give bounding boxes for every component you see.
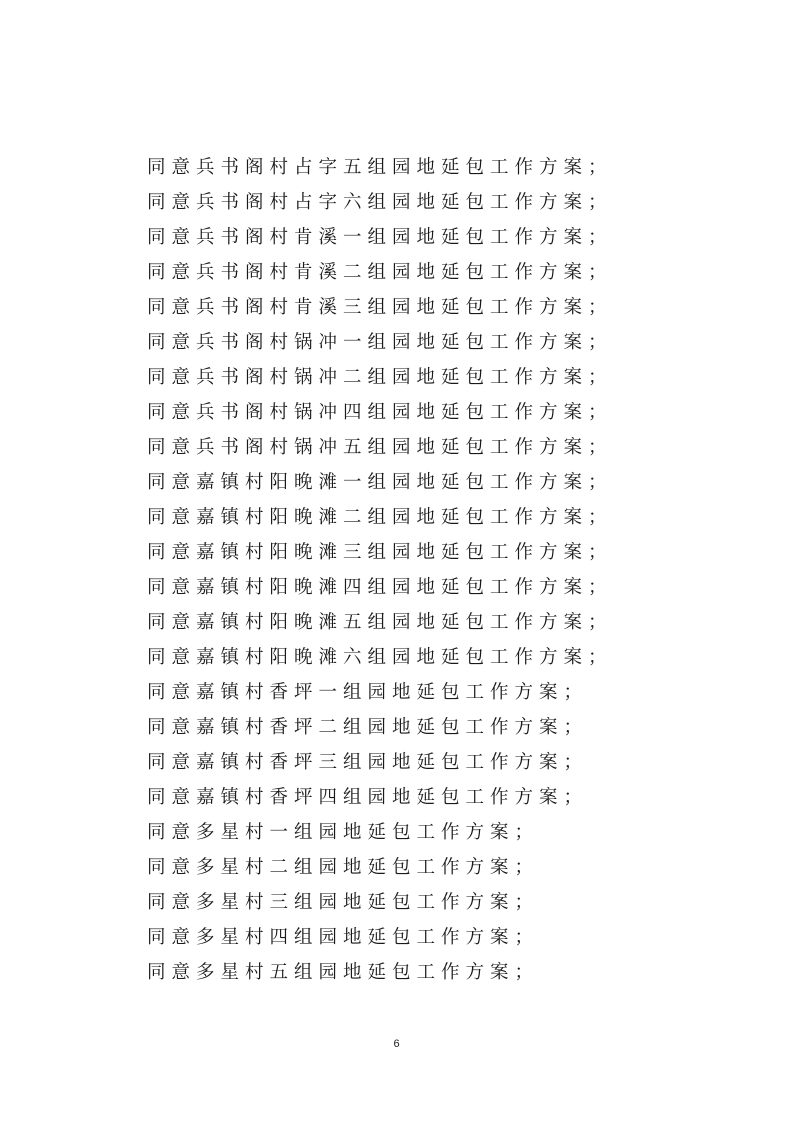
list-item: 同意兵书阁村锅冲五组园地延包工作方案； — [147, 430, 613, 465]
list-item: 同意多星村二组园地延包工作方案； — [147, 850, 613, 885]
list-item: 同意嘉镇村阳晚滩二组园地延包工作方案； — [147, 500, 613, 535]
list-item: 同意多星村三组园地延包工作方案； — [147, 885, 613, 920]
list-item: 同意多星村四组园地延包工作方案； — [147, 920, 613, 955]
list-item: 同意嘉镇村香坪三组园地延包工作方案； — [147, 745, 613, 780]
approval-list: 同意兵书阁村占字五组园地延包工作方案； 同意兵书阁村占字六组园地延包工作方案； … — [147, 150, 613, 990]
list-item: 同意兵书阁村锅冲四组园地延包工作方案； — [147, 395, 613, 430]
list-item: 同意嘉镇村阳晚滩五组园地延包工作方案； — [147, 605, 613, 640]
list-item: 同意兵书阁村肯溪二组园地延包工作方案； — [147, 255, 613, 290]
list-item: 同意多星村一组园地延包工作方案； — [147, 815, 613, 850]
list-item: 同意嘉镇村阳晚滩四组园地延包工作方案； — [147, 570, 613, 605]
page-number: 6 — [0, 1038, 793, 1050]
list-item: 同意嘉镇村香坪二组园地延包工作方案； — [147, 710, 613, 745]
list-item: 同意多星村五组园地延包工作方案； — [147, 955, 613, 990]
list-item: 同意兵书阁村占字五组园地延包工作方案； — [147, 150, 613, 185]
list-item: 同意嘉镇村香坪一组园地延包工作方案； — [147, 675, 613, 710]
list-item: 同意兵书阁村锅冲一组园地延包工作方案； — [147, 325, 613, 360]
list-item: 同意兵书阁村锅冲二组园地延包工作方案； — [147, 360, 613, 395]
list-item: 同意兵书阁村肯溪一组园地延包工作方案； — [147, 220, 613, 255]
list-item: 同意兵书阁村占字六组园地延包工作方案； — [147, 185, 613, 220]
list-item: 同意嘉镇村阳晚滩一组园地延包工作方案； — [147, 465, 613, 500]
list-item: 同意嘉镇村香坪四组园地延包工作方案； — [147, 780, 613, 815]
list-item: 同意嘉镇村阳晚滩六组园地延包工作方案； — [147, 640, 613, 675]
list-item: 同意嘉镇村阳晚滩三组园地延包工作方案； — [147, 535, 613, 570]
list-item: 同意兵书阁村肯溪三组园地延包工作方案； — [147, 290, 613, 325]
document-page: 同意兵书阁村占字五组园地延包工作方案； 同意兵书阁村占字六组园地延包工作方案； … — [0, 0, 793, 1122]
